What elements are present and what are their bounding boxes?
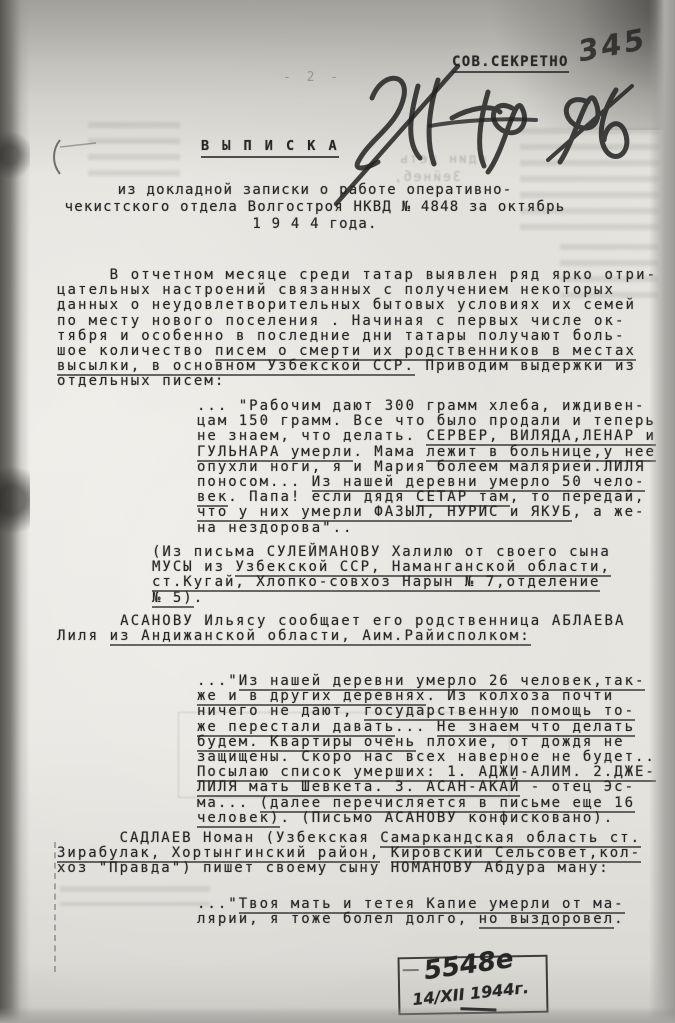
page-number: - 2 -: [283, 70, 342, 85]
scan-right-edge: [649, 0, 675, 1023]
document-subtitle: из докладной записки о работе оперативно…: [50, 182, 580, 233]
bleedthrough-smudge: [60, 886, 210, 906]
letter-quote-2: ..."Из нашей деревни умерло 26 человек,т…: [197, 674, 656, 826]
classification-stamp: СОВ.СЕКРЕТНО: [452, 55, 569, 73]
scan-bottom-edge: [0, 1007, 675, 1023]
paragraph-intro: В отчетном месяце среди татар выявлен ря…: [57, 268, 657, 390]
letter-source-1: (Из письма СУЛЕЙМАНОВУ Халилю от своего …: [152, 545, 611, 606]
scan-left-binding-edge: [0, 0, 30, 1023]
paragraph-sadlaev: САДЛАЕВ Номан (Узбекская Самаркандская о…: [57, 831, 641, 877]
bleedthrough-smudge: [88, 122, 180, 180]
paragraph-asanov: АСАНОВУ Ильясу сообщает его родственница…: [57, 614, 626, 644]
bleedthrough-text: один деть: [398, 152, 486, 167]
stamp-dash-mark: [403, 969, 419, 971]
letter-quote-1: ... "Рабочим дают 300 грамм хлеба, иждив…: [197, 399, 656, 536]
pencil-margin-line: [54, 842, 56, 972]
document-title: В Ы П И С К А: [201, 139, 339, 158]
letter-quote-3: ..."Твоя мать и тетея Капие умерли от ма…: [197, 897, 625, 927]
